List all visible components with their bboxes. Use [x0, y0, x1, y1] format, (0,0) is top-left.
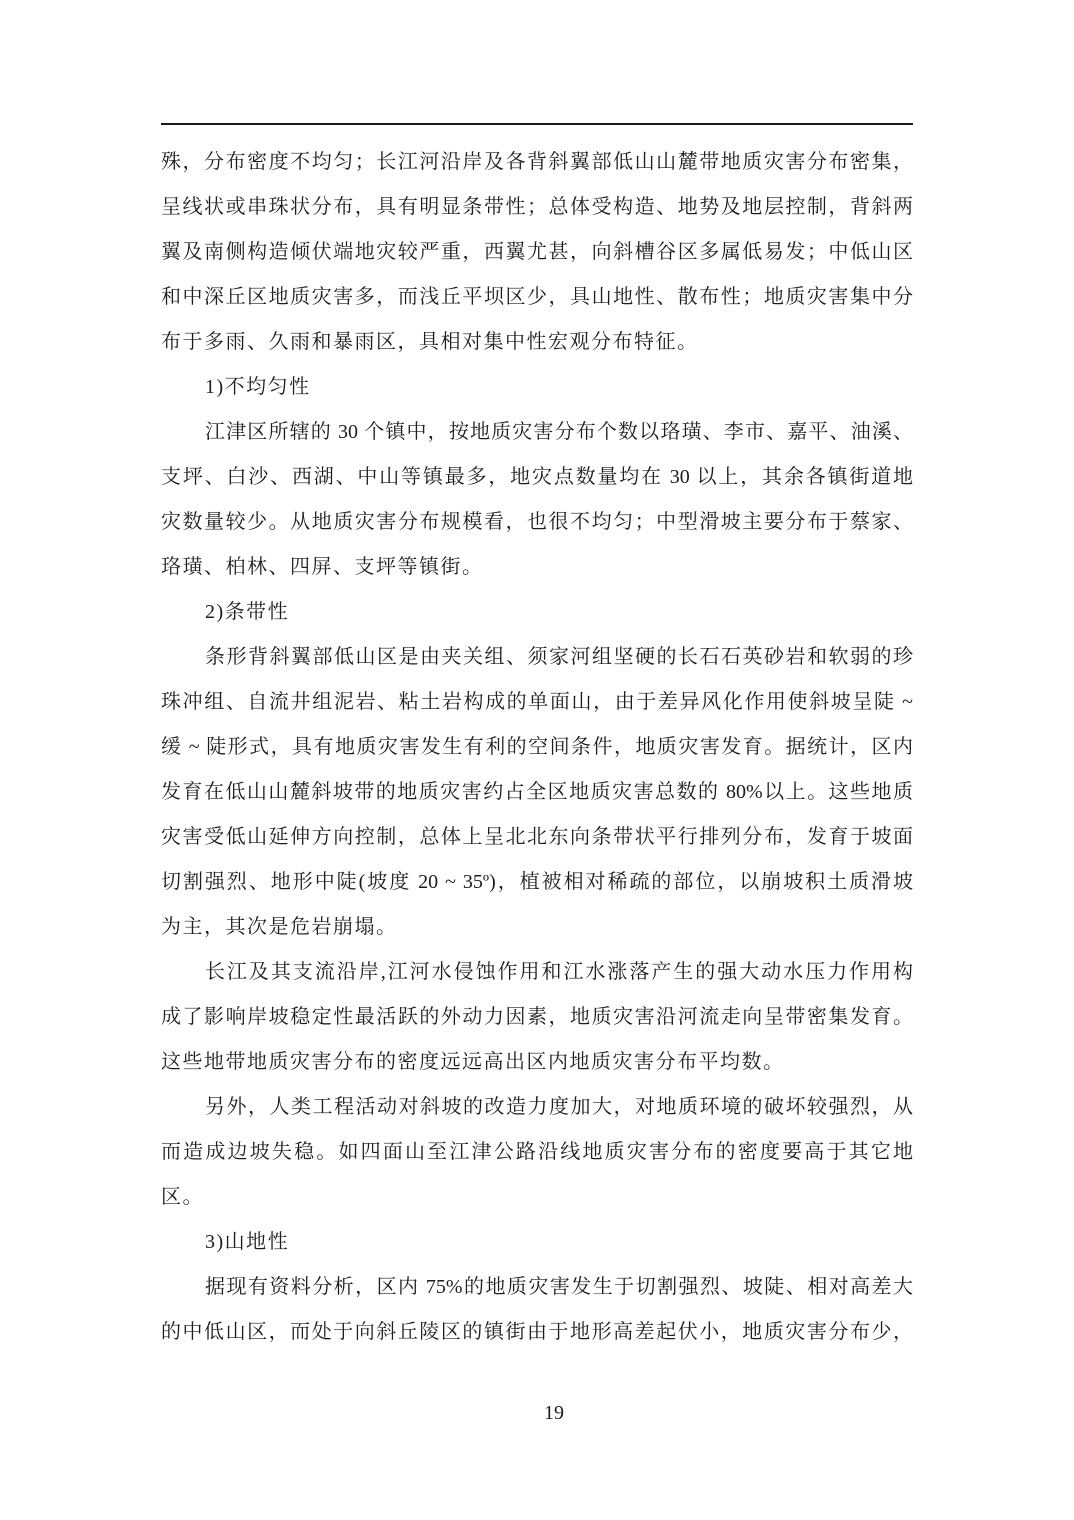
section-heading: 3)山地性	[161, 1220, 913, 1265]
text-line: 和中深丘区地质灾害多，而浅丘平坝区少，具山地性、散布性；地质灾害集中分	[161, 275, 913, 320]
page-number: 19	[161, 1391, 947, 1436]
text-line: 成了影响岸坡稳定性最活跃的外动力因素，地质灾害沿河流走向呈带密集发育。	[161, 995, 913, 1040]
text-line: 灾害受低山延伸方向控制，总体上呈北北东向条带状平行排列分布，发育于坡面	[161, 815, 913, 860]
text-line: 灾数量较少。从地质灾害分布规模看，也很不均匀；中型滑坡主要分布于蔡家、	[161, 500, 913, 545]
text-line: 的中低山区，而处于向斜丘陵区的镇街由于地形高差起伏小，地质灾害分布少，	[161, 1310, 913, 1355]
text-line: 区。	[161, 1175, 913, 1220]
text-line: 布于多雨、久雨和暴雨区，具相对集中性宏观分布特征。	[161, 320, 913, 365]
text-line: 长江及其支流沿岸,江河水侵蚀作用和江水涨落产生的强大动水压力作用构	[161, 950, 913, 995]
text-line: 切割强烈、地形中陡(坡度 20 ~ 35º)，植被相对稀疏的部位，以崩坡积土质滑…	[161, 860, 913, 905]
text-line: 珞璜、柏林、四屏、支坪等镇街。	[161, 545, 913, 590]
text-line: 发育在低山山麓斜坡带的地质灾害约占全区地质灾害总数的 80%以上。这些地质	[161, 770, 913, 815]
document-page: 殊，分布密度不均匀；长江河沿岸及各背斜翼部低山山麓带地质灾害分布密集，呈线状或串…	[0, 0, 1074, 1520]
text-line: 呈线状或串珠状分布，具有明显条带性；总体受构造、地势及地层控制，背斜两	[161, 185, 913, 230]
text-line: 另外，人类工程活动对斜坡的改造力度加大，对地质环境的破坏较强烈，从	[161, 1085, 913, 1130]
text-line: 殊，分布密度不均匀；长江河沿岸及各背斜翼部低山山麓带地质灾害分布密集，	[161, 140, 913, 185]
section-heading: 1)不均匀性	[161, 365, 913, 410]
text-line: 为主，其次是危岩崩塌。	[161, 905, 913, 950]
text-line: 珠冲组、自流井组泥岩、粘土岩构成的单面山，由于差异风化作用使斜坡呈陡 ~	[161, 680, 913, 725]
text-line: 翼及南侧构造倾伏端地灾较严重，西翼尤甚，向斜槽谷区多属低易发；中低山区	[161, 230, 913, 275]
text-line: 江津区所辖的 30 个镇中，按地质灾害分布个数以珞璜、李市、嘉平、油溪、	[161, 410, 913, 455]
text-line: 据现有资料分析，区内 75%的地质灾害发生于切割强烈、坡陡、相对高差大	[161, 1265, 913, 1310]
text-line: 支坪、白沙、西湖、中山等镇最多，地灾点数量均在 30 以上，其余各镇街道地	[161, 455, 913, 500]
header-rule	[161, 123, 913, 125]
text-line: 条形背斜翼部低山区是由夹关组、须家河组坚硬的长石石英砂岩和软弱的珍	[161, 635, 913, 680]
section-heading: 2)条带性	[161, 590, 913, 635]
text-line: 这些地带地质灾害分布的密度远远高出区内地质灾害分布平均数。	[161, 1040, 913, 1085]
page-body-text: 殊，分布密度不均匀；长江河沿岸及各背斜翼部低山山麓带地质灾害分布密集，呈线状或串…	[161, 140, 913, 1355]
text-line: 缓 ~ 陡形式，具有地质灾害发生有利的空间条件，地质灾害发育。据统计，区内	[161, 725, 913, 770]
text-line: 而造成边坡失稳。如四面山至江津公路沿线地质灾害分布的密度要高于其它地	[161, 1130, 913, 1175]
